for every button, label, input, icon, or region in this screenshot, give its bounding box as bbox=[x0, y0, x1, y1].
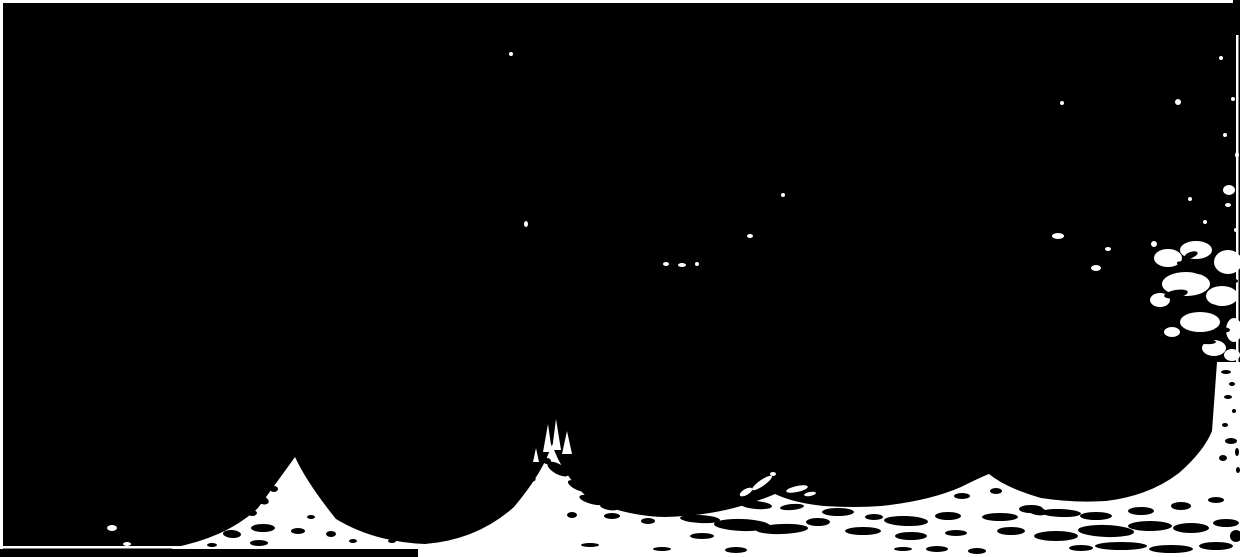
streak bbox=[997, 527, 1025, 535]
binarized-micrograph-svg bbox=[0, 0, 1240, 557]
streak bbox=[1221, 370, 1231, 374]
speck bbox=[781, 193, 785, 197]
streak bbox=[806, 518, 830, 526]
speck bbox=[1060, 101, 1064, 105]
speck bbox=[663, 262, 669, 266]
streak bbox=[1229, 382, 1235, 386]
blotch-blob bbox=[1180, 312, 1220, 332]
speck bbox=[678, 263, 686, 267]
streak bbox=[207, 543, 217, 547]
streak bbox=[894, 547, 912, 551]
streak bbox=[926, 546, 948, 552]
streak bbox=[543, 458, 551, 464]
streak bbox=[1208, 497, 1224, 503]
blotch-blob bbox=[1206, 286, 1238, 306]
streak bbox=[822, 508, 854, 516]
frame-border-top bbox=[0, 0, 1233, 3]
speck bbox=[524, 221, 528, 227]
streak bbox=[176, 532, 196, 540]
streak bbox=[653, 547, 671, 551]
speck bbox=[1052, 233, 1064, 239]
streak bbox=[388, 539, 396, 543]
blotch-blob bbox=[1164, 327, 1180, 337]
streak bbox=[1128, 507, 1154, 515]
speck bbox=[1203, 220, 1207, 224]
streak bbox=[581, 543, 599, 547]
streak bbox=[1225, 438, 1237, 444]
speck bbox=[509, 52, 513, 56]
streak bbox=[221, 512, 235, 520]
streak bbox=[250, 540, 268, 546]
streak bbox=[845, 527, 881, 535]
streak bbox=[1222, 423, 1228, 427]
highlight-dash bbox=[770, 472, 776, 476]
streak bbox=[1161, 313, 1175, 319]
streak bbox=[865, 514, 883, 520]
speck bbox=[123, 542, 131, 546]
streak bbox=[1171, 502, 1191, 510]
streak bbox=[251, 524, 275, 532]
streak bbox=[968, 548, 986, 554]
streak bbox=[641, 518, 655, 524]
bottom-left-dark-strip bbox=[0, 549, 418, 557]
streak bbox=[1149, 545, 1193, 553]
speck bbox=[1231, 97, 1235, 101]
streak bbox=[725, 547, 747, 553]
speck bbox=[1151, 241, 1157, 247]
speck bbox=[1223, 185, 1235, 195]
speck bbox=[1188, 197, 1192, 201]
black-background bbox=[0, 0, 1240, 557]
streak bbox=[1213, 519, 1239, 527]
speck bbox=[1105, 247, 1111, 251]
speck bbox=[1234, 228, 1238, 232]
streak bbox=[291, 528, 305, 534]
streak bbox=[982, 513, 1018, 521]
streak bbox=[1235, 448, 1239, 456]
binarized-photo-figure bbox=[0, 0, 1240, 557]
speck bbox=[695, 262, 699, 266]
streak bbox=[1034, 531, 1078, 541]
speck bbox=[1225, 203, 1231, 207]
speck bbox=[107, 525, 117, 531]
speck bbox=[1223, 133, 1227, 137]
streak bbox=[1095, 542, 1147, 550]
streak bbox=[1219, 455, 1227, 461]
streak bbox=[954, 493, 970, 499]
speck bbox=[1175, 99, 1181, 105]
streak bbox=[1214, 327, 1230, 333]
frame-border-left bbox=[0, 0, 3, 549]
streak bbox=[1069, 545, 1093, 551]
streak bbox=[326, 531, 336, 537]
streak bbox=[1080, 512, 1112, 520]
speck bbox=[1091, 265, 1101, 271]
streak bbox=[349, 539, 357, 543]
streak bbox=[567, 512, 577, 518]
blotch-blob bbox=[1224, 349, 1240, 361]
streak bbox=[247, 510, 257, 516]
streak bbox=[1232, 409, 1236, 413]
streak bbox=[307, 515, 315, 519]
speck bbox=[747, 234, 753, 238]
streak bbox=[1173, 523, 1209, 533]
streak bbox=[990, 488, 1002, 494]
streak bbox=[1128, 521, 1172, 531]
streak bbox=[270, 486, 278, 492]
streak bbox=[895, 532, 927, 540]
streak bbox=[1224, 395, 1232, 399]
streak bbox=[945, 530, 967, 536]
speck bbox=[1235, 152, 1239, 158]
streak bbox=[1199, 542, 1233, 550]
speck bbox=[1219, 56, 1223, 60]
streak bbox=[1220, 278, 1238, 284]
streak bbox=[604, 513, 620, 519]
streak bbox=[690, 533, 714, 539]
streak bbox=[935, 512, 961, 520]
streak bbox=[1236, 467, 1240, 473]
